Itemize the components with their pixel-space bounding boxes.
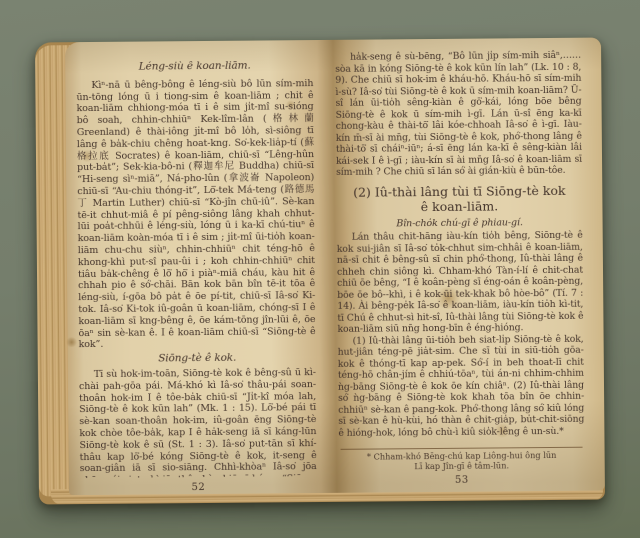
right-page-number: 53 [339, 474, 585, 487]
open-book: Léng-siù ê koan-liām. Kìⁿ-nā ū bêng-bông… [35, 38, 605, 505]
right-page-paragraph-2: Lán thâu chit-hāng iàu-kín tio̍h bêng, S… [337, 230, 584, 336]
right-page-subheading: Bîn-cho̍k chú-gī ê phiau-gí. [337, 216, 583, 230]
left-page: Léng-siù ê koan-liām. Kìⁿ-nā ū bêng-bông… [76, 60, 317, 478]
right-page-footnote: * Chham-khó Bēng-chú kap Liông-hui ông l… [339, 447, 585, 473]
left-page-title: Léng-siù ê koan-liām. [76, 60, 313, 74]
footnote-text: * Chham-khó Bēng-chú kap Liông-hui ông l… [339, 451, 585, 473]
right-page-section-heading: (2) Iû-thài lâng tùi tī Siōng-tè kok ê k… [350, 182, 568, 215]
left-page-section-heading: Siōng-tè ê kok. [79, 352, 316, 366]
right-page: ha̍k-seng ê sù-bēng, “Bô lūn ji̍p sím-mi… [335, 50, 584, 446]
left-page-paragraph-2: Tī sù hok-im-toān, Siōng-tè kok ê bêng-s… [79, 367, 317, 478]
right-page-paragraph-3: (1) Iû-thài lâng ūi-tio̍h beh siat-li̍p … [338, 333, 585, 439]
right-page-paragraph-1: ha̍k-seng ê sù-bēng, “Bô lūn ji̍p sím-mi… [335, 50, 582, 179]
photo-background: Léng-siù ê koan-liām. Kìⁿ-nā ū bêng-bông… [0, 0, 640, 538]
left-page-number: 52 [80, 481, 317, 494]
left-page-paragraph-1: Kìⁿ-nā ū bêng-bông ê léng-siù bô lūn sím… [76, 78, 315, 351]
